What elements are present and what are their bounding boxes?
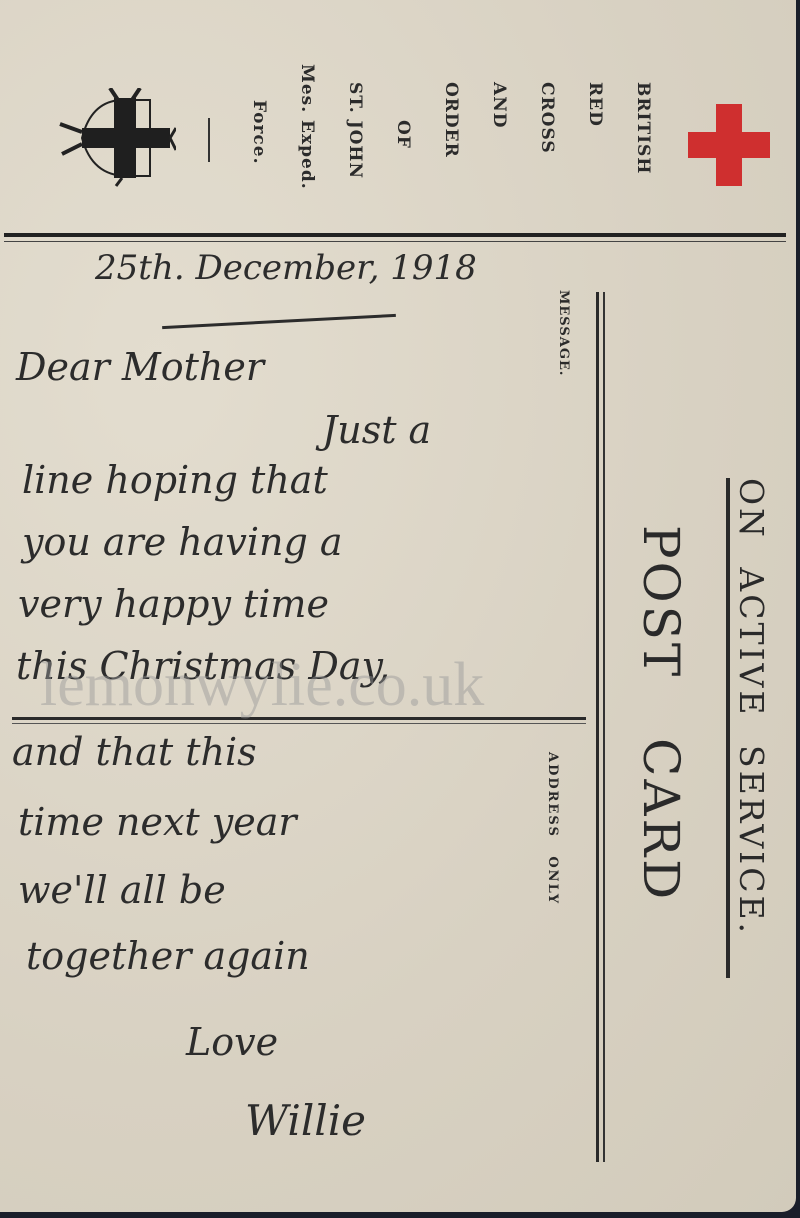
message-line: and that this — [12, 730, 257, 774]
message-line: Just a — [322, 408, 431, 452]
on-active-service-label: ON ACTIVE SERVICE. — [732, 478, 771, 936]
org-line-of: OF — [394, 120, 411, 149]
message-address-divider-thin — [603, 292, 605, 1162]
top-divider — [4, 233, 786, 237]
org-line-mes-exped: Mes. Exped. — [298, 64, 315, 190]
org-line-st-john: ST. JOHN — [346, 82, 363, 179]
message-line: very happy time — [18, 582, 329, 626]
org-line-red: RED — [586, 82, 603, 127]
post-card-title: POST CARD — [632, 525, 690, 902]
org-line-order: ORDER — [442, 82, 459, 158]
message-line: time next year — [18, 800, 297, 844]
message-closing: Love — [186, 1020, 278, 1064]
message-label: MESSAGE. — [556, 290, 571, 376]
org-line-cross: CROSS — [538, 82, 555, 154]
watermark: lemonwylie.co.uk — [40, 650, 484, 721]
address-section-divider-thin — [12, 723, 586, 724]
message-line: we'll all be — [18, 868, 226, 912]
message-signature: Willie — [245, 1096, 366, 1145]
org-line-british: BRITISH — [634, 82, 651, 174]
message-line: line hoping that — [22, 458, 328, 502]
postcard: BRITISH RED CROSS AND ORDER OF ST. JOHN … — [0, 0, 796, 1212]
header-dash — [208, 118, 210, 162]
red-cross-icon — [688, 104, 770, 186]
message-date: 25th. December, 1918 — [95, 248, 477, 288]
message-line: together again — [26, 934, 310, 978]
active-service-underline — [726, 478, 730, 978]
address-only-label: ADDRESS ONLY — [545, 752, 560, 905]
message-salutation: Dear Mother — [16, 345, 264, 389]
message-line: you are having a — [22, 520, 343, 564]
message-address-divider — [596, 292, 599, 1162]
org-line-and: AND — [490, 82, 507, 128]
org-line-force: Force. — [250, 100, 267, 165]
date-underline — [162, 314, 396, 329]
top-divider-thin — [4, 241, 786, 242]
maltese-cross-emblem-icon — [52, 88, 176, 188]
